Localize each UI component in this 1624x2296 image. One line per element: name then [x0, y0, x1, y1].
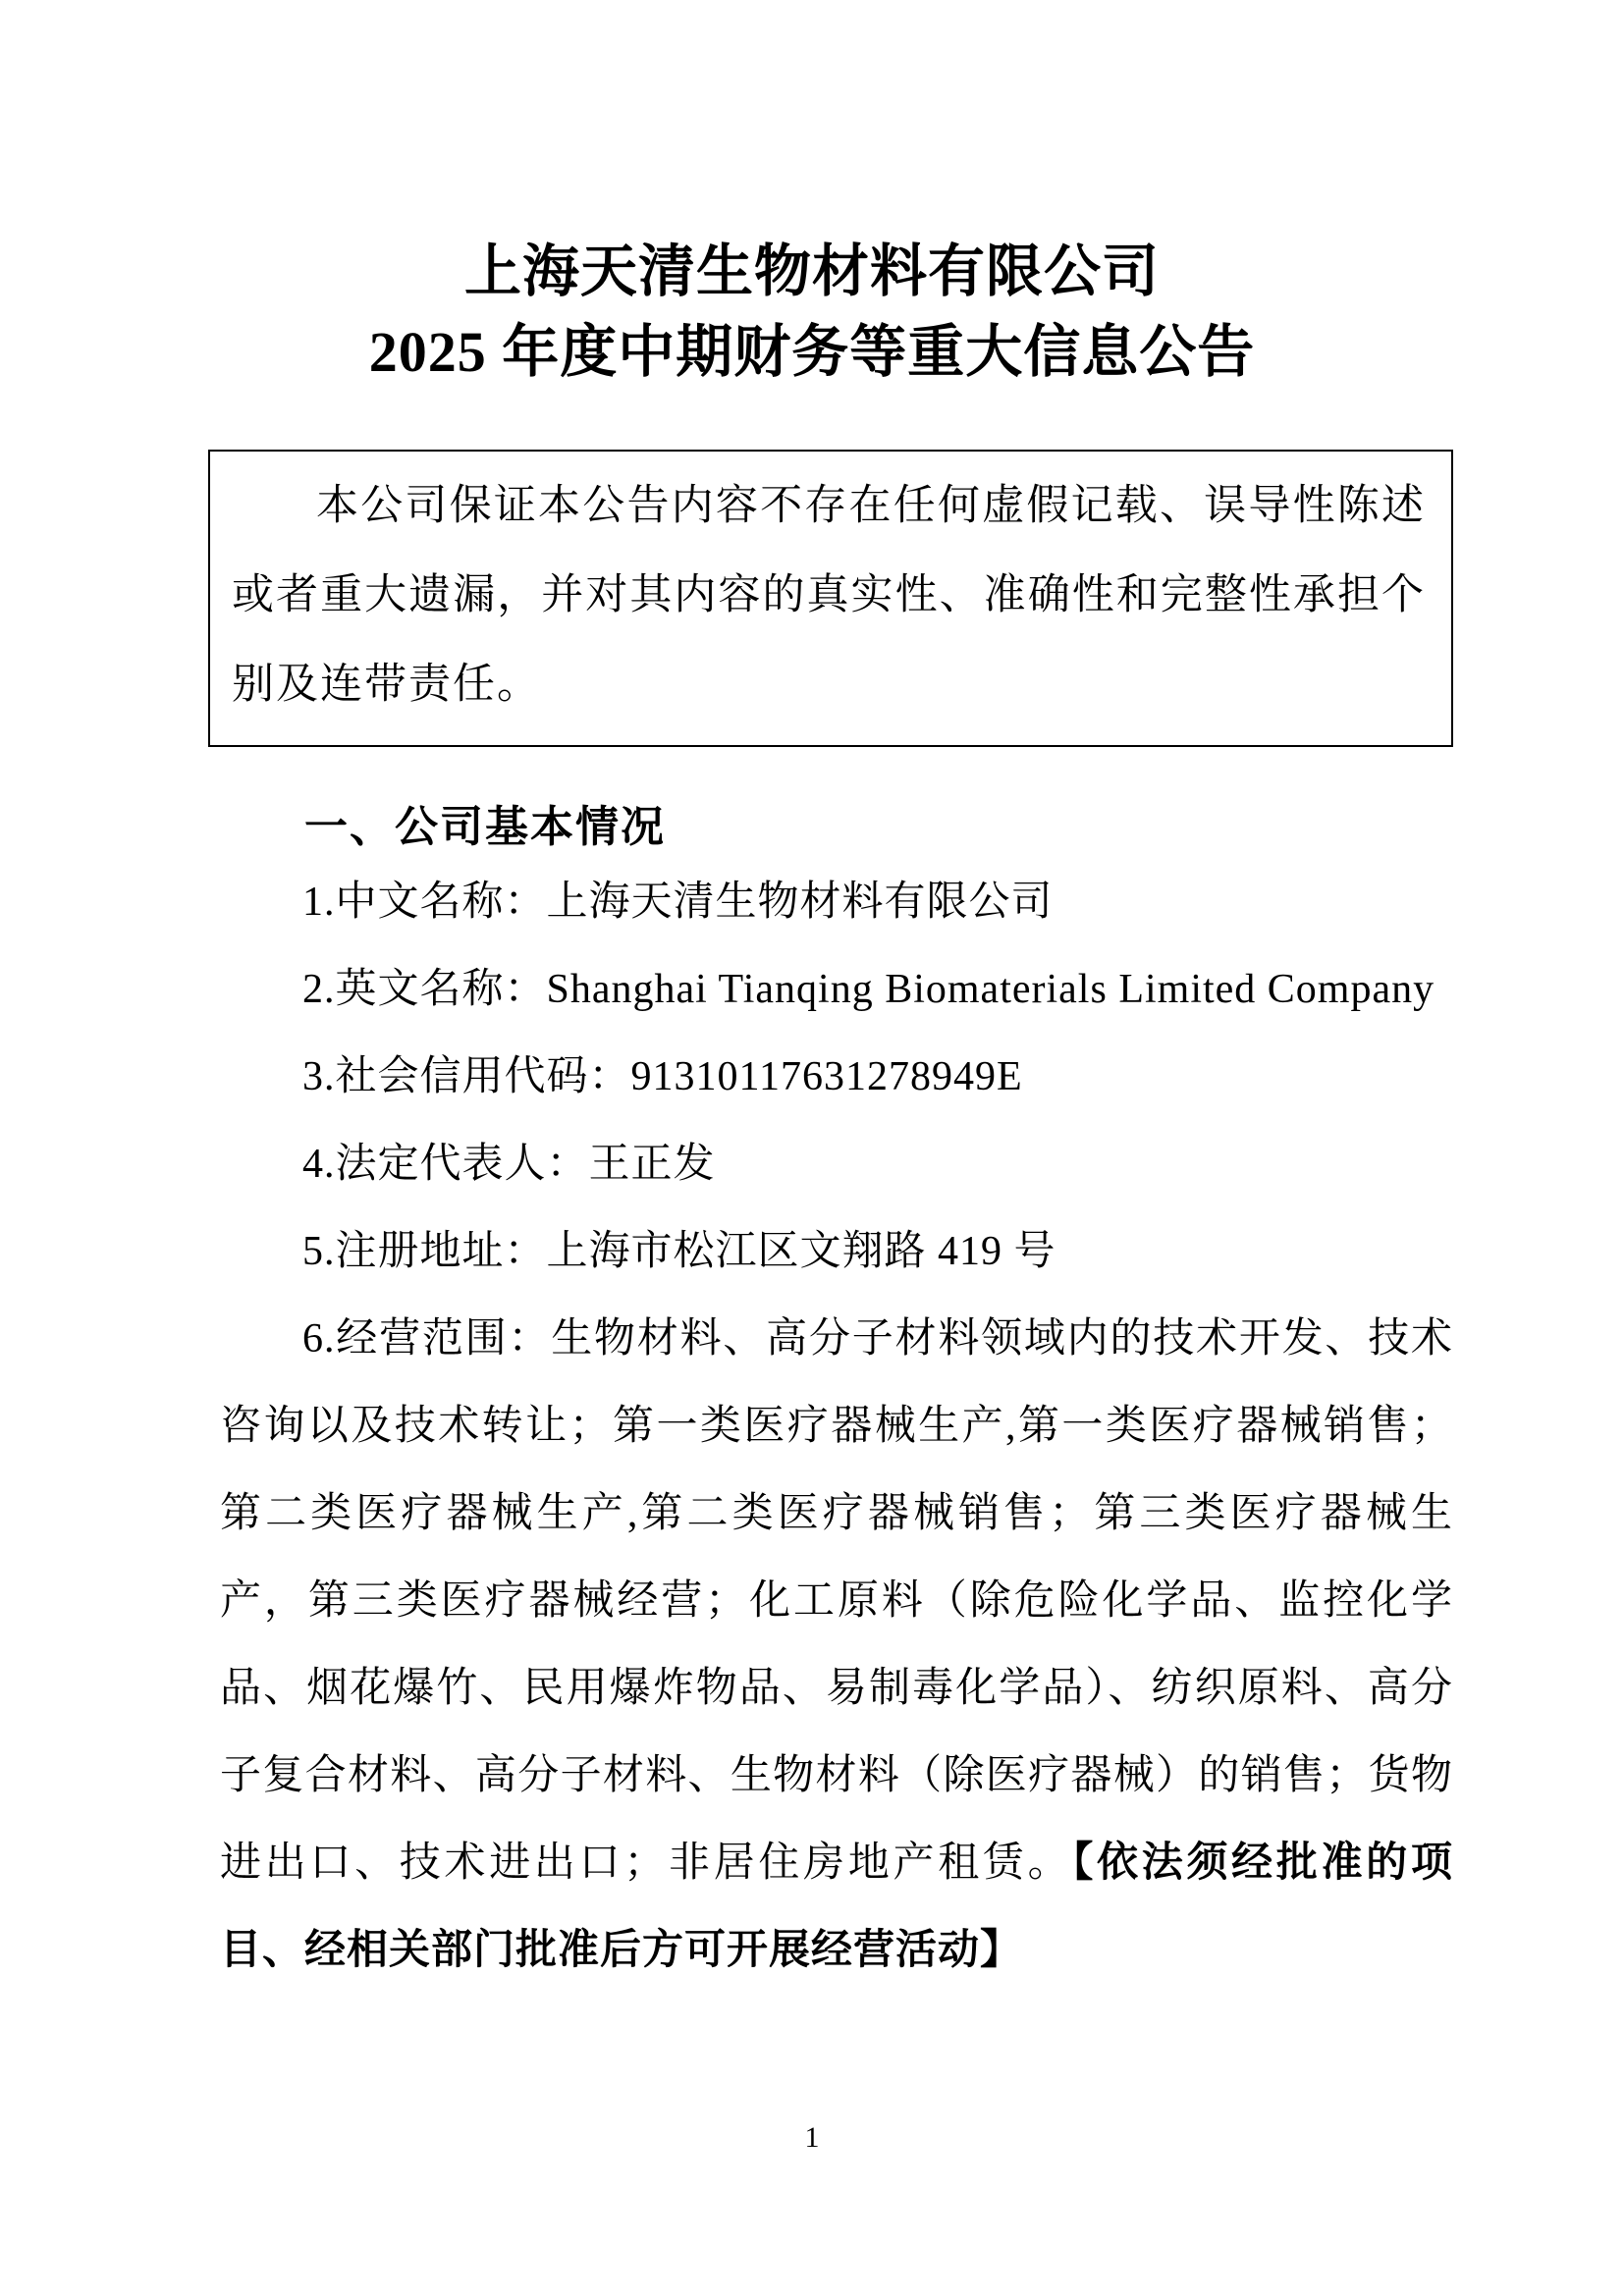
title-line-1: 上海天清生物材料有限公司: [0, 232, 1624, 312]
business-scope-text: 6.经营范围：生物材料、高分子材料领域内的技术开发、技术咨询以及技术转让；第一类…: [220, 1316, 1453, 1886]
title-line-2: 2025 年度中期财务等重大信息公告: [0, 312, 1624, 393]
item-legal-representative: 4.法定代表人：王正发: [220, 1121, 1453, 1208]
document-title: 上海天清生物材料有限公司 2025 年度中期财务等重大信息公告: [0, 232, 1624, 393]
section-heading-company-basics: 一、公司基本情况: [220, 798, 1453, 857]
item-registered-address: 5.注册地址：上海市松江区文翔路 419 号: [220, 1208, 1453, 1296]
item-english-name: 2.英文名称：Shanghai Tianqing Biomaterials Li…: [220, 946, 1453, 1034]
document-page: 上海天清生物材料有限公司 2025 年度中期财务等重大信息公告 本公司保证本公告…: [0, 0, 1624, 2296]
item-credit-code: 3.社会信用代码：91310117631278949E: [220, 1034, 1453, 1121]
disclaimer-box: 本公司保证本公告内容不存在任何虚假记载、误导性陈述或者重大遗漏，并对其内容的真实…: [208, 450, 1453, 747]
item-chinese-name: 1.中文名称：上海天清生物材料有限公司: [220, 859, 1453, 946]
document-body: 本公司保证本公告内容不存在任何虚假记载、误导性陈述或者重大遗漏，并对其内容的真实…: [220, 450, 1453, 1995]
disclaimer-text: 本公司保证本公告内容不存在任何虚假记载、误导性陈述或者重大遗漏，并对其内容的真实…: [232, 461, 1426, 729]
item-business-scope: 6.经营范围：生物材料、高分子材料领域内的技术开发、技术咨询以及技术转让；第一类…: [220, 1296, 1453, 1995]
page-number: 1: [0, 2118, 1624, 2158]
